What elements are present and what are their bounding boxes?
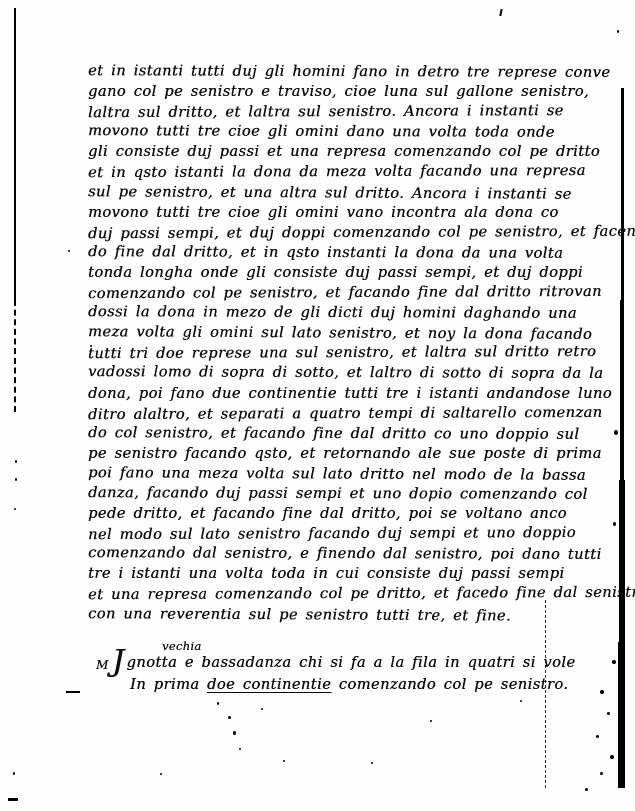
- scan-edge-band-right: [618, 642, 625, 788]
- manuscript-line: movono tutti tre cioe gli omini vano inc…: [88, 203, 604, 223]
- manuscript-page: et in istanti tutti duj gli homini fano …: [0, 0, 635, 811]
- rubric-line-text: In prima: [130, 676, 207, 693]
- manuscript-line: do col senistro, et facando fine dal dri…: [88, 423, 604, 445]
- manuscript-line: gano col pe senistro e traviso, cioe lun…: [88, 82, 604, 102]
- scan-speckle: [15, 460, 17, 463]
- manuscript-line: nel modo sul lato senistro facando duj s…: [88, 523, 604, 545]
- manuscript-line: duj passi sempi, et duj doppi comenzando…: [88, 222, 604, 244]
- scan-speckle: [430, 720, 432, 722]
- manuscript-line: danza, facando duj passi sempi et uno do…: [88, 483, 604, 505]
- scan-speckle: [160, 773, 162, 775]
- scan-speckle: [371, 762, 373, 764]
- scan-speckle: [585, 788, 588, 791]
- scan-speckle: [614, 430, 618, 435]
- scan-speckle: [233, 731, 236, 735]
- scan-speckle: [283, 760, 285, 762]
- scan-speckle: [600, 690, 604, 694]
- margin-insertion-mark: [66, 691, 80, 693]
- scan-speckle: [607, 712, 610, 715]
- scan-speckle: [499, 9, 502, 16]
- scan-speckle: [520, 700, 522, 702]
- manuscript-line: dona, poi fano due continentie tutti tre…: [88, 384, 604, 404]
- scan-speckle: [613, 522, 616, 526]
- scan-speckle: [15, 478, 17, 481]
- manuscript-line: et in istanti tutti duj gli homini fano …: [88, 61, 604, 83]
- scan-edge-line-left: [14, 8, 16, 300]
- manuscript-line: tonda longha onde gli consiste duj passi…: [88, 263, 604, 283]
- scan-speckle: [617, 30, 619, 33]
- manuscript-line: comenzando col pe senistro, et facando f…: [88, 282, 604, 304]
- scan-speckle: [239, 748, 241, 750]
- manuscript-line: pede dritto, et facando fine dal dritto,…: [88, 504, 604, 524]
- scan-speckle: [14, 508, 16, 510]
- manuscript-line: movono tutti tre cioe gli omini dano una…: [88, 121, 604, 143]
- scan-edge-line-left-dashed: [14, 300, 16, 412]
- rubric-line: Jgnotta e bassadanza chi si fa a la fila…: [100, 652, 570, 674]
- manuscript-line: tre i istanti una volta toda in cui cons…: [88, 564, 604, 584]
- manuscript-line: pe senistro facando qsto, et retornando …: [88, 444, 604, 464]
- dance-rubric-block: M vechia Jgnotta e bassadanza chi si fa …: [100, 652, 570, 695]
- scan-edge-band-right: [619, 480, 625, 642]
- rubric-line-text: comenzando col pe senistro.: [331, 676, 568, 693]
- scan-speckle: [217, 702, 219, 705]
- scan-speckle: [261, 708, 263, 710]
- manuscript-line: comenzando dal senistro, e finendo dal s…: [88, 543, 604, 565]
- scan-corner-mark: [8, 798, 18, 801]
- scan-speckle: [596, 735, 599, 738]
- underlined-phrase: doe continentie: [207, 676, 331, 693]
- manuscript-line: gli consiste duj passi et una represa co…: [88, 142, 604, 162]
- manuscript-line: ditro alaltro, et separati a quatro temp…: [88, 402, 604, 424]
- scan-edge-band-right: [620, 300, 624, 480]
- scan-edge-band-right: [621, 88, 624, 300]
- scan-speckle: [600, 772, 603, 775]
- scan-speckle: [13, 772, 15, 775]
- scan-speckle: [612, 660, 616, 664]
- manuscript-line: do fine dal dritto, et in qsto instanti …: [88, 242, 604, 264]
- manuscript-line: con una reverentia sul pe senistro tutti…: [88, 604, 604, 627]
- manuscript-line: sul pe senistro, et una altra sul dritto…: [88, 182, 604, 205]
- margin-initial-letter: M: [96, 658, 109, 672]
- scan-speckle: [228, 716, 231, 719]
- manuscript-line: et una represa comenzando col pe dritto,…: [88, 583, 604, 605]
- manuscript-line: vadossi lomo di sopra di sotto, et laltr…: [88, 363, 604, 385]
- scan-speckle: [68, 250, 70, 252]
- interlinear-insertion: vechia: [162, 639, 201, 653]
- manuscript-line: tutti tri doe represe una sul senistro, …: [88, 342, 604, 364]
- rubric-line: In prima doe continentie comenzando col …: [100, 674, 570, 696]
- manuscript-text-block: et in istanti tutti duj gli homini fano …: [88, 62, 604, 625]
- scan-speckle: [610, 755, 614, 759]
- manuscript-line: dossi la dona in mezo de gli dicti duj h…: [88, 302, 604, 324]
- manuscript-line: et in qsto istanti la dona da meza volta…: [88, 161, 604, 183]
- decorated-initial: J: [112, 644, 124, 679]
- rubric-line-text: gnotta e bassadanza chi si fa a la fila …: [126, 654, 575, 671]
- manuscript-line: laltra sul dritto, et laltra sul senistr…: [88, 101, 604, 123]
